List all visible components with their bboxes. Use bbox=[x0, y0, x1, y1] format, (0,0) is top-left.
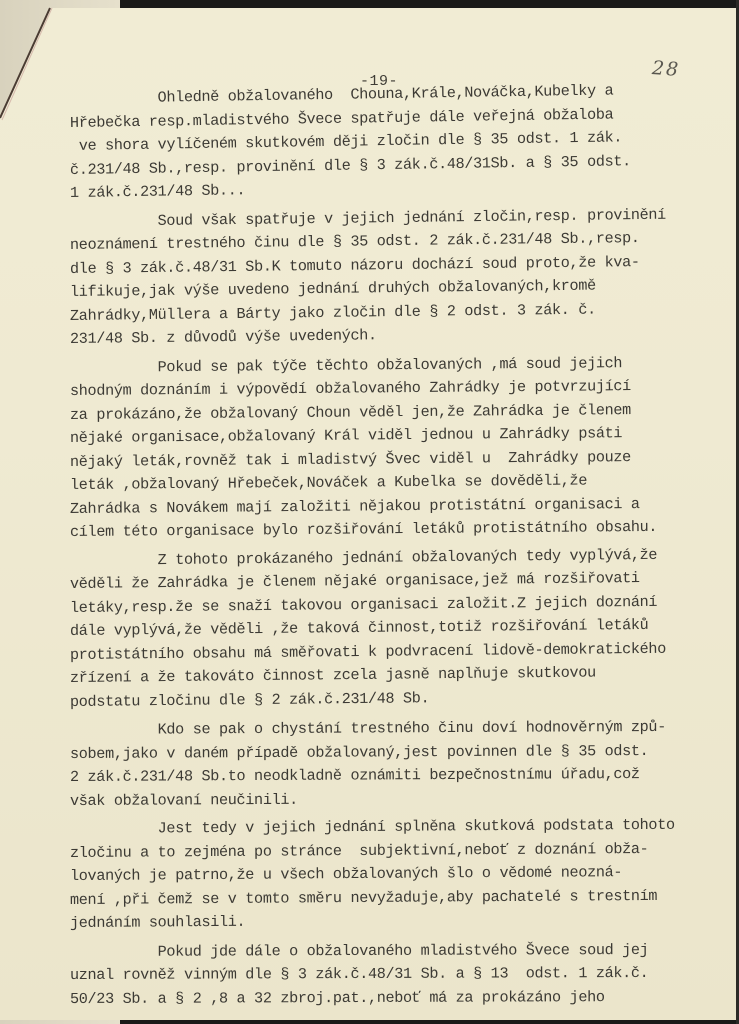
text-line: však obžalovaní neučinili. bbox=[70, 786, 690, 813]
text-line: uznal rovněž vinným dle § 3 zák.č.48/31 … bbox=[70, 962, 690, 988]
typewritten-body: Ohledně obžalovaného Chouna,Krále,Nováčk… bbox=[70, 88, 690, 1011]
text-line: jednáním souhlasili. bbox=[70, 908, 690, 936]
text-line: lovaných je patrno,že u všech obžalovaný… bbox=[70, 861, 690, 889]
text-line: sobem,jako v daném případě obžalovaný,je… bbox=[70, 739, 690, 766]
paragraph: Z tohoto prokázaného jednání obžalovanýc… bbox=[70, 550, 690, 715]
text-line: 50/23 Sb. a § 2 ,8 a 32 zbroj.pat.,neboť… bbox=[70, 985, 690, 1011]
paragraph: Kdo se pak o chystání trestného činu dov… bbox=[70, 719, 690, 813]
paragraph: Jest tedy v jejich jednání splněna skutk… bbox=[70, 818, 690, 936]
paragraph: Soud však spatřuje v jejich jednání zloč… bbox=[70, 211, 690, 352]
text-line: Pokud jde dále o obžalovaného mladistvéh… bbox=[70, 938, 690, 964]
text-line: 2 zák.č.231/48 Sb.to neodkladně oznámiti… bbox=[70, 763, 690, 790]
text-line: cílem této organisace bylo rozšiřování l… bbox=[70, 516, 690, 545]
paragraph: Ohledně obžalovaného Chouna,Krále,Nováčk… bbox=[70, 88, 690, 206]
paragraph: Pokud jde dále o obžalovaného mladistvéh… bbox=[70, 941, 690, 1012]
text-line: Kdo se pak o chystání trestného činu dov… bbox=[70, 716, 690, 743]
text-line: Jest tedy v jejich jednání splněna skutk… bbox=[70, 814, 690, 842]
handwritten-folio-number: 28 bbox=[651, 57, 681, 81]
paragraph: Pokud se pak týče těchto obžalovaných ,m… bbox=[70, 357, 690, 545]
